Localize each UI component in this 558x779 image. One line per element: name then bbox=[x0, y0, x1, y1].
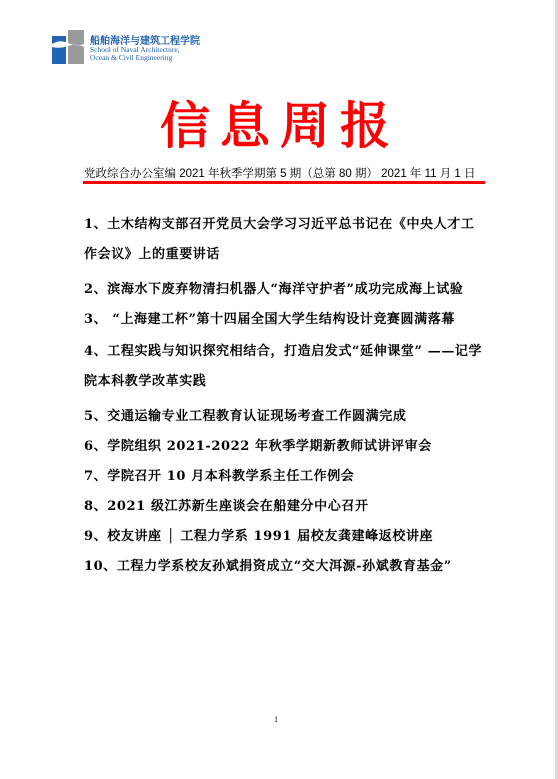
contents-item[interactable]: 9、校友讲座 │ 工程力学系 1991 届校友龚建峰返校讲座 bbox=[84, 527, 484, 547]
contents-item[interactable]: 4、工程实践与知识探究相结合，打造启发式“延伸课堂” ——记学院本科教学改革实践 bbox=[84, 337, 484, 397]
contents-item[interactable]: 2、滨海水下废弃物清扫机器人“海洋守护者”成功完成海上试验 bbox=[84, 280, 484, 300]
document-page: 船舶海洋与建筑工程学院 School of Naval Architecture… bbox=[0, 0, 555, 779]
school-name-en: School of Naval Architecture, Ocean & Ci… bbox=[90, 46, 180, 62]
school-logo: 船舶海洋与建筑工程学院 School of Naval Architecture… bbox=[52, 30, 192, 66]
masthead-title: 信息周报 bbox=[140, 98, 420, 154]
contents-item[interactable]: 6、学院组织 2021-2022 年秋季学期新教师试讲评审会 bbox=[84, 437, 484, 457]
contents-item[interactable]: 10、工程力学系校友孙斌捐资成立“交大洱源-孙斌教育基金” bbox=[84, 557, 484, 577]
contents-item[interactable]: 8、2021 级江苏新生座谈会在船建分中心召开 bbox=[84, 497, 484, 517]
contents-item[interactable]: 3、 “上海建工杯”第十四届全国大学生结构设计竞赛圆满落幕 bbox=[84, 310, 484, 330]
header-divider bbox=[83, 181, 485, 184]
contents-item[interactable]: 7、学院召开 10 月本科教学系主任工作例会 bbox=[84, 467, 484, 487]
contents-item[interactable]: 1、土木结构支部召开党员大会学习习近平总书记在《中央人才工作会议》上的重要讲话 bbox=[84, 210, 484, 270]
contents-list: 1、土木结构支部召开党员大会学习习近平总书记在《中央人才工作会议》上的重要讲话 … bbox=[84, 210, 484, 577]
page-number: 1 bbox=[274, 715, 278, 724]
school-name-en-line2: Ocean & Civil Engineering bbox=[90, 54, 180, 62]
issue-info: 党政综合办公室编 2021 年秋季学期第 5 期（总第 80 期） 2021 年… bbox=[84, 165, 476, 181]
school-emblem-icon bbox=[52, 30, 86, 64]
contents-item[interactable]: 5、交通运输专业工程教育认证现场考查工作圆满完成 bbox=[84, 407, 484, 427]
